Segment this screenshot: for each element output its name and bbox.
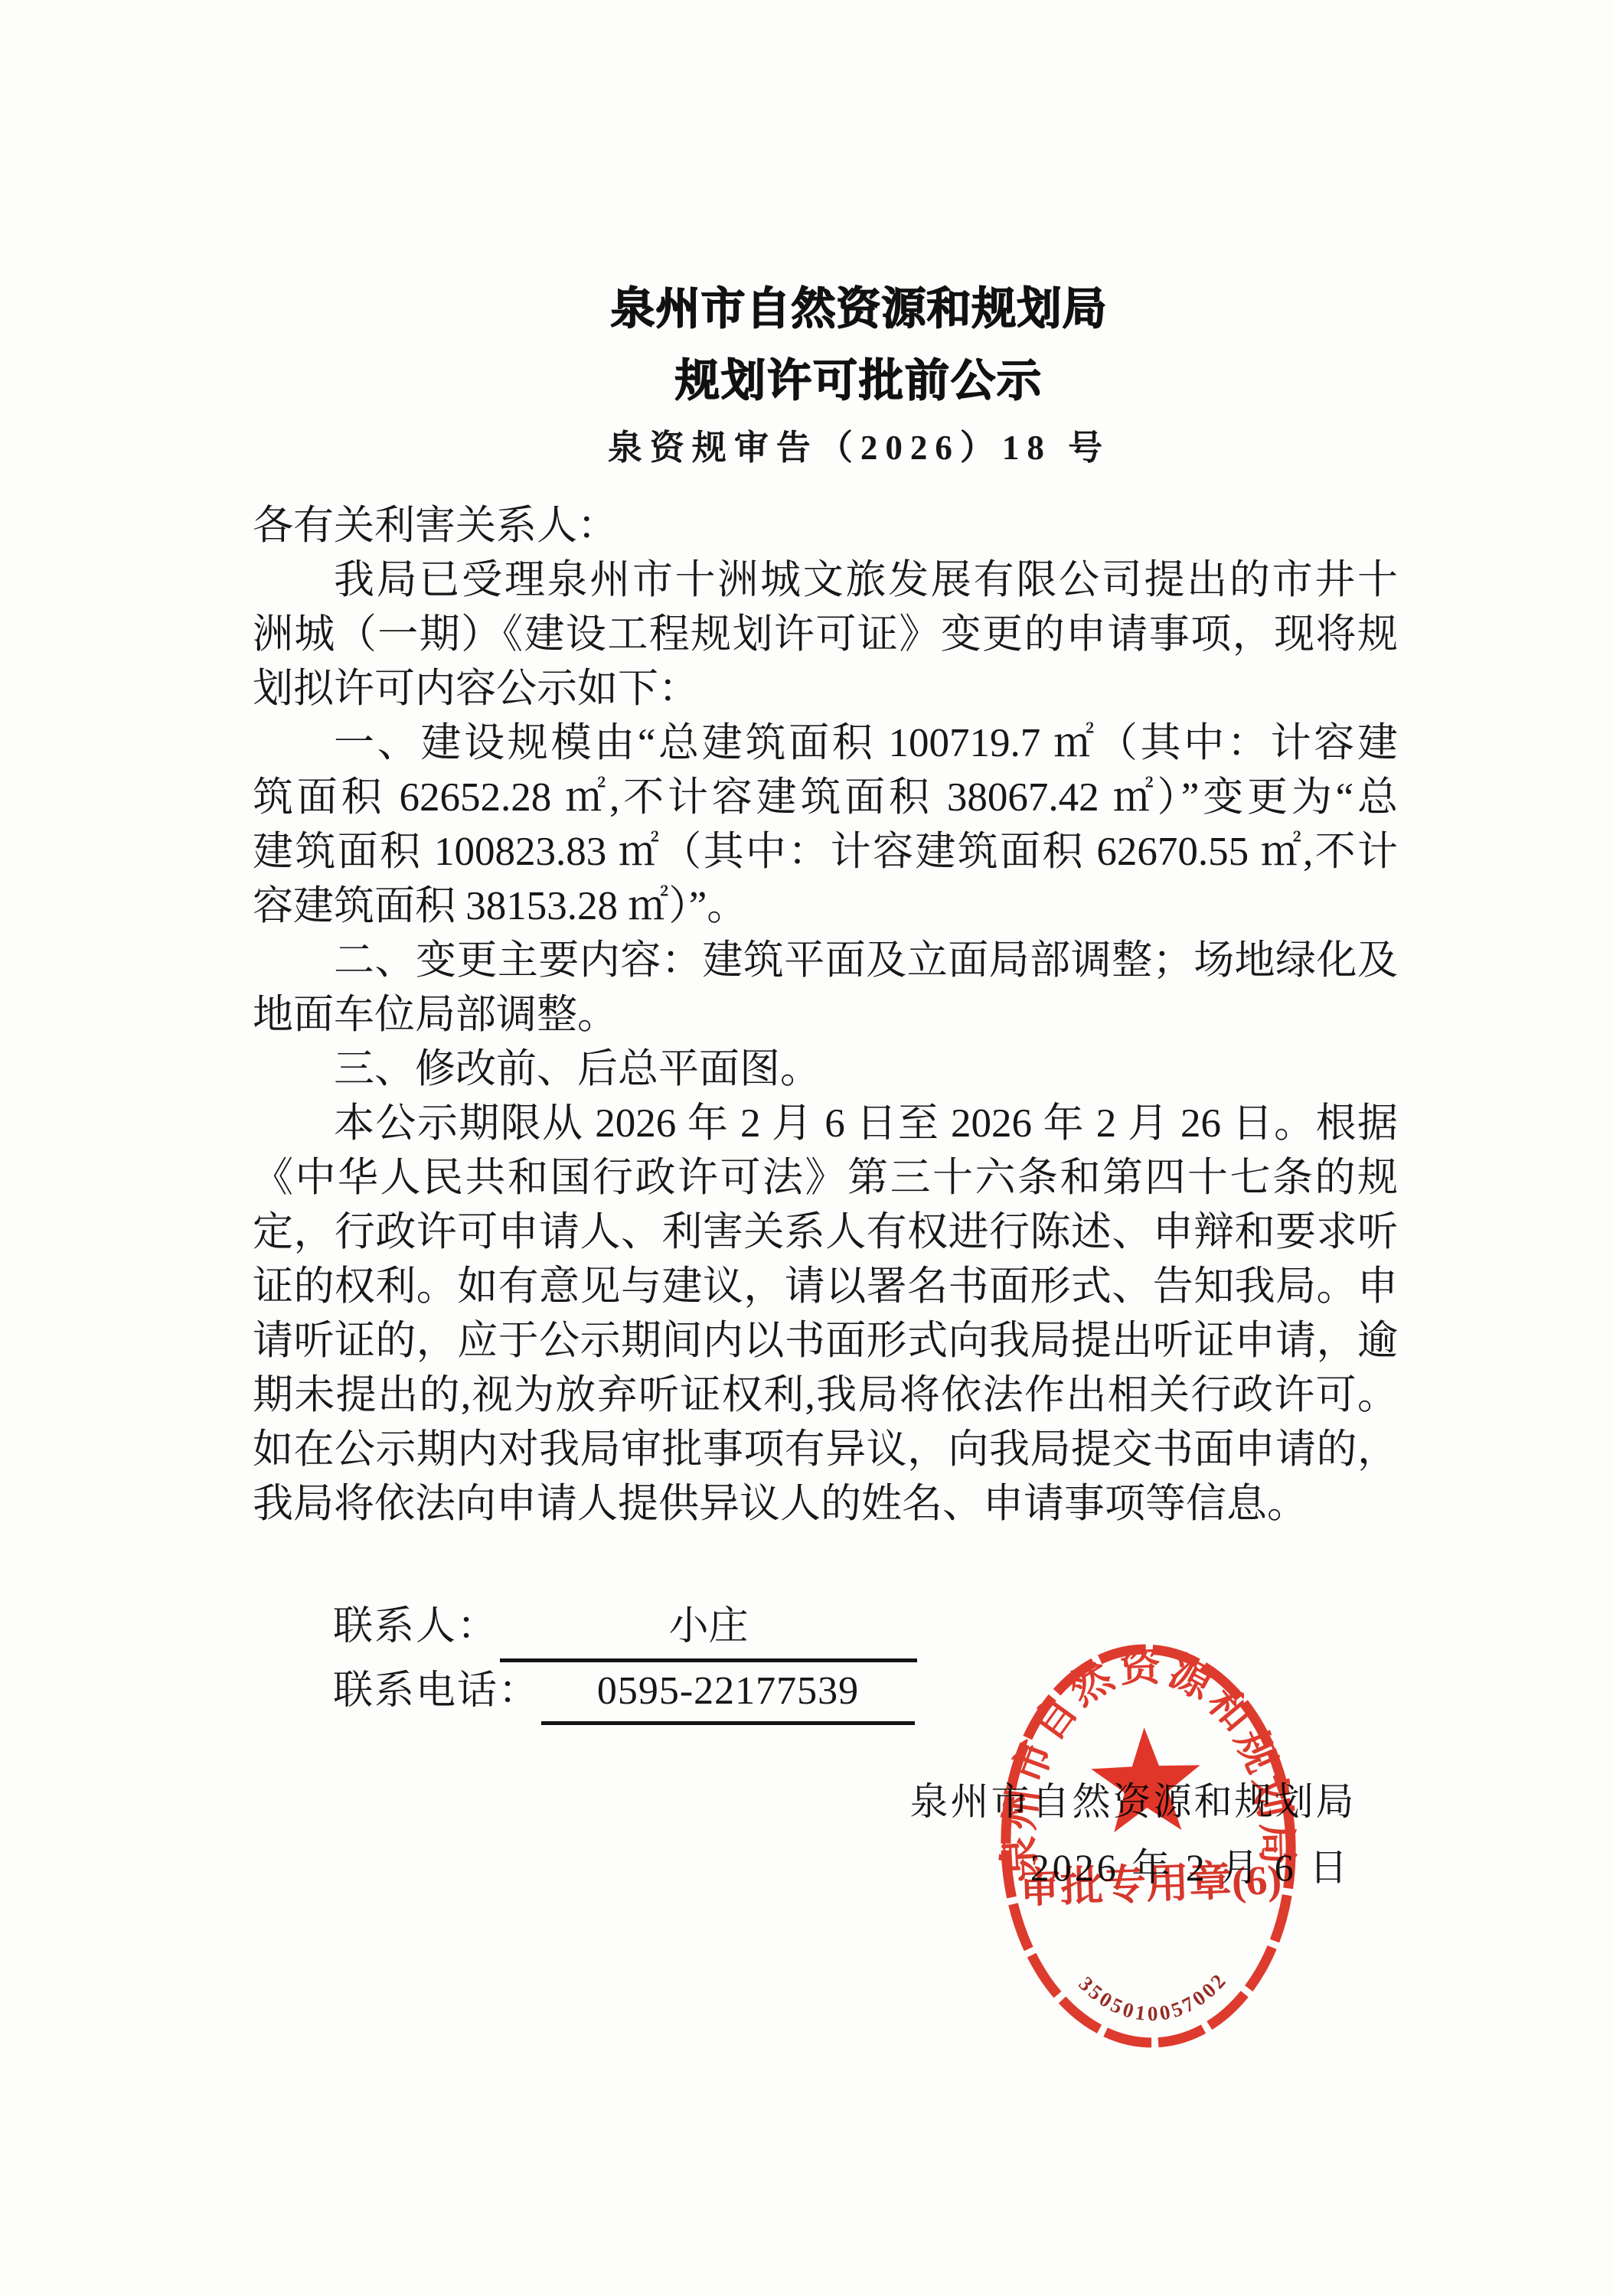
body-line: 如在公示期内对我局审批事项有异议，向我局提交书面申请的， xyxy=(253,1423,1398,1477)
body-line-item-1: 一、建设规模由“总建筑面积 100719.7 ㎡（其中：计容建 xyxy=(253,716,1398,771)
seal-center-text: 审批专用章(6) xyxy=(1017,1856,1282,1912)
contact-person-row: 联系人：小庄 xyxy=(333,1593,917,1662)
body-line: 划拟许可内容公示如下： xyxy=(253,662,1398,716)
body-line: 本公示期限从 2026 年 2 月 6 日至 2026 年 2 月 26 日。根… xyxy=(253,1097,1398,1151)
body-line: 定，行政许可申请人、利害关系人有权进行陈述、申辩和要求听 xyxy=(253,1205,1398,1260)
body-line: 证的权利。如有意见与建议，请以署名书面形式、告知我局。申 xyxy=(253,1260,1398,1314)
body-line-item-2: 二、变更主要内容：建筑平面及立面局部调整；场地绿化及 xyxy=(253,934,1398,988)
page-title: 泉州市自然资源和规划局 xyxy=(286,272,1432,337)
body-line: 地面车位局部调整。 xyxy=(253,988,1398,1042)
body-line: 期未提出的,视为放弃听证权利,我局将依法作出相关行政许可。 xyxy=(253,1368,1398,1423)
contact-phone-value: 0595-22177539 xyxy=(541,1668,915,1725)
document-number: 泉资规审告（2026）18 号 xyxy=(286,419,1432,469)
page-subtitle: 规划许可批前公示 xyxy=(286,344,1432,409)
seal-code: 3505010057002 xyxy=(1074,1967,1233,2027)
notice-body: 各有关利害关系人： 我局已受理泉州市十洲城文旅发展有限公司提出的市井十 洲城（一… xyxy=(253,499,1398,1531)
body-line: 我局已受理泉州市十洲城文旅发展有限公司提出的市井十 xyxy=(253,553,1398,608)
body-line: 我局将依法向申请人提供异议人的姓名、申请事项等信息。 xyxy=(253,1477,1398,1531)
svg-text:3505010057002: 3505010057002 xyxy=(1074,1967,1233,2027)
seal-star-icon xyxy=(1089,1726,1202,1834)
contact-person-label: 联系人： xyxy=(333,1605,498,1649)
official-seal: 泉州市自然资源和规划局 审批专用章(6) 3505010057002 xyxy=(972,1611,1325,2082)
contact-phone-label: 联系电话： xyxy=(333,1669,540,1713)
body-line: 洲城（一期）《建设工程规划许可证》变更的申请事项，现将规 xyxy=(253,608,1398,662)
body-line: 请听证的，应于公示期间内以书面形式向我局提出听证申请，逾 xyxy=(253,1314,1398,1368)
body-line-item-3: 三、修改前、后总平面图。 xyxy=(253,1042,1398,1097)
body-line: 《中华人民共和国行政许可法》第三十六条和第四十七条的规 xyxy=(253,1151,1398,1205)
body-line: 建筑面积 100823.83 ㎡（其中：计容建筑面积 62670.55 ㎡,不计 xyxy=(253,825,1398,879)
scanned-notice-page: 泉州市自然资源和规划局 规划许可批前公示 泉资规审告（2026）18 号 各有关… xyxy=(0,0,1613,2296)
contact-person-value: 小庄 xyxy=(500,1593,917,1662)
body-line: 筑面积 62652.28 ㎡,不计容建筑面积 38067.42 ㎡）”变更为“总 xyxy=(253,771,1398,825)
body-line: 容建筑面积 38153.28 ㎡）”。 xyxy=(253,879,1398,934)
body-line-salutation: 各有关利害关系人： xyxy=(253,499,1398,553)
contact-phone-row: 联系电话：0595-22177539 xyxy=(333,1658,915,1725)
